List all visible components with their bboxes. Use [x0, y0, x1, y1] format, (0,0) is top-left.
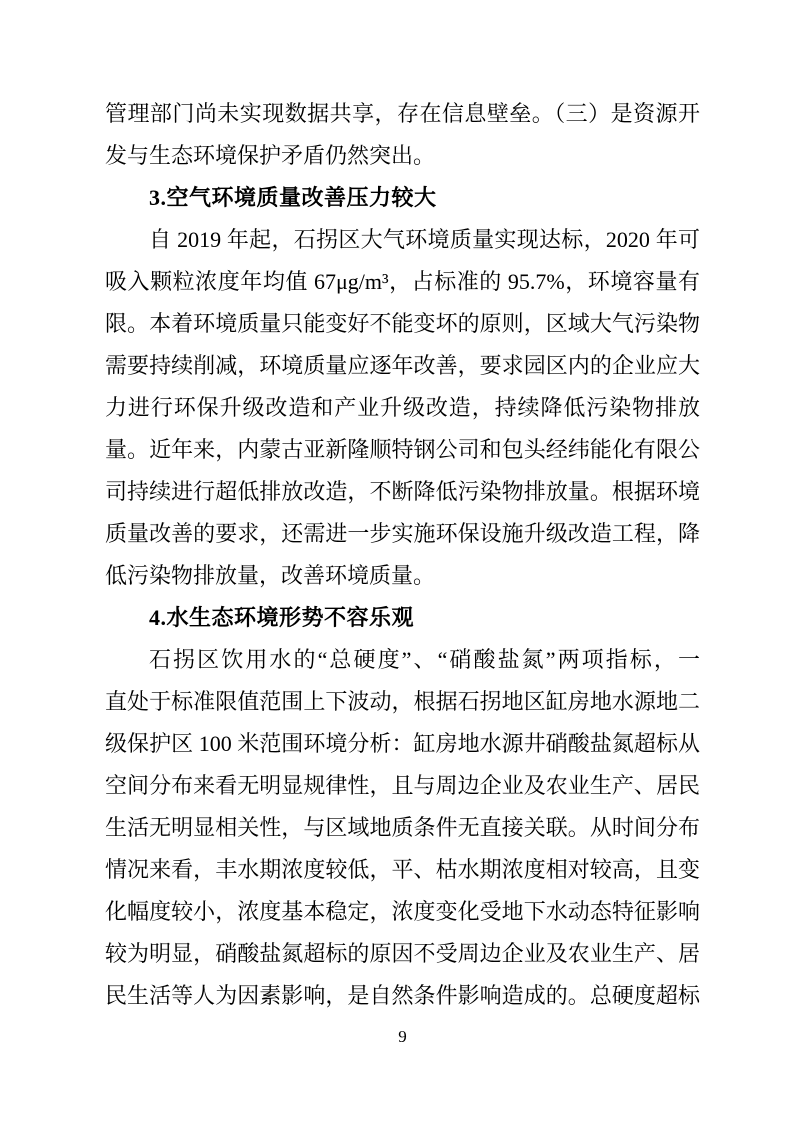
section-heading: 3.空气环境质量改善压力较大	[105, 177, 700, 219]
text-line: 石拐区饮用水的“总硬度”、“硝酸盐氮”两项指标，一	[105, 639, 700, 681]
text-line: 限。本着环境质量只能变好不能变坏的原则，区域大气污染物	[105, 303, 700, 345]
text-line: 司持续进行超低排放改造，不断降低污染物排放量。根据环境	[105, 471, 700, 513]
text-line: 吸入颗粒浓度年均值 67μg/m³，占标准的 95.7%，环境容量有	[105, 261, 700, 303]
text-line: 直处于标准限值范围上下波动，根据石拐地区缸房地水源地二	[105, 681, 700, 723]
page-number: 9	[105, 1026, 700, 1048]
section-heading: 4.水生态环境形势不容乐观	[105, 597, 700, 639]
document-page: 管理部门尚未实现数据共享，存在信息壁垒。（三）是资源开发与生态环境保护矛盾仍然突…	[0, 0, 793, 1122]
text-line: 空间分布来看无明显规律性，且与周边企业及农业生产、居民	[105, 765, 700, 807]
text-line: 量。近年来，内蒙古亚新隆顺特钢公司和包头经纬能化有限公	[105, 429, 700, 471]
document-content: 管理部门尚未实现数据共享，存在信息壁垒。（三）是资源开发与生态环境保护矛盾仍然突…	[105, 93, 700, 1017]
text-line: 级保护区 100 米范围环境分析：缸房地水源井硝酸盐氮超标从	[105, 723, 700, 765]
text-line: 较为明显，硝酸盐氮超标的原因不受周边企业及农业生产、居	[105, 933, 700, 975]
text-line: 力进行环保升级改造和产业升级改造，持续降低污染物排放	[105, 387, 700, 429]
text-line: 低污染物排放量，改善环境质量。	[105, 555, 700, 597]
text-line: 自 2019 年起，石拐区大气环境质量实现达标，2020 年可	[105, 219, 700, 261]
text-line: 发与生态环境保护矛盾仍然突出。	[105, 135, 700, 177]
text-line: 情况来看，丰水期浓度较低，平、枯水期浓度相对较高，且变	[105, 849, 700, 891]
text-line: 化幅度较小，浓度基本稳定，浓度变化受地下水动态特征影响	[105, 891, 700, 933]
text-line: 管理部门尚未实现数据共享，存在信息壁垒。（三）是资源开	[105, 93, 700, 135]
text-line: 需要持续削减，环境质量应逐年改善，要求园区内的企业应大	[105, 345, 700, 387]
text-line: 质量改善的要求，还需进一步实施环保设施升级改造工程，降	[105, 513, 700, 555]
text-line: 民生活等人为因素影响，是自然条件影响造成的。总硬度超标	[105, 975, 700, 1017]
text-line: 生活无明显相关性，与区域地质条件无直接关联。从时间分布	[105, 807, 700, 849]
